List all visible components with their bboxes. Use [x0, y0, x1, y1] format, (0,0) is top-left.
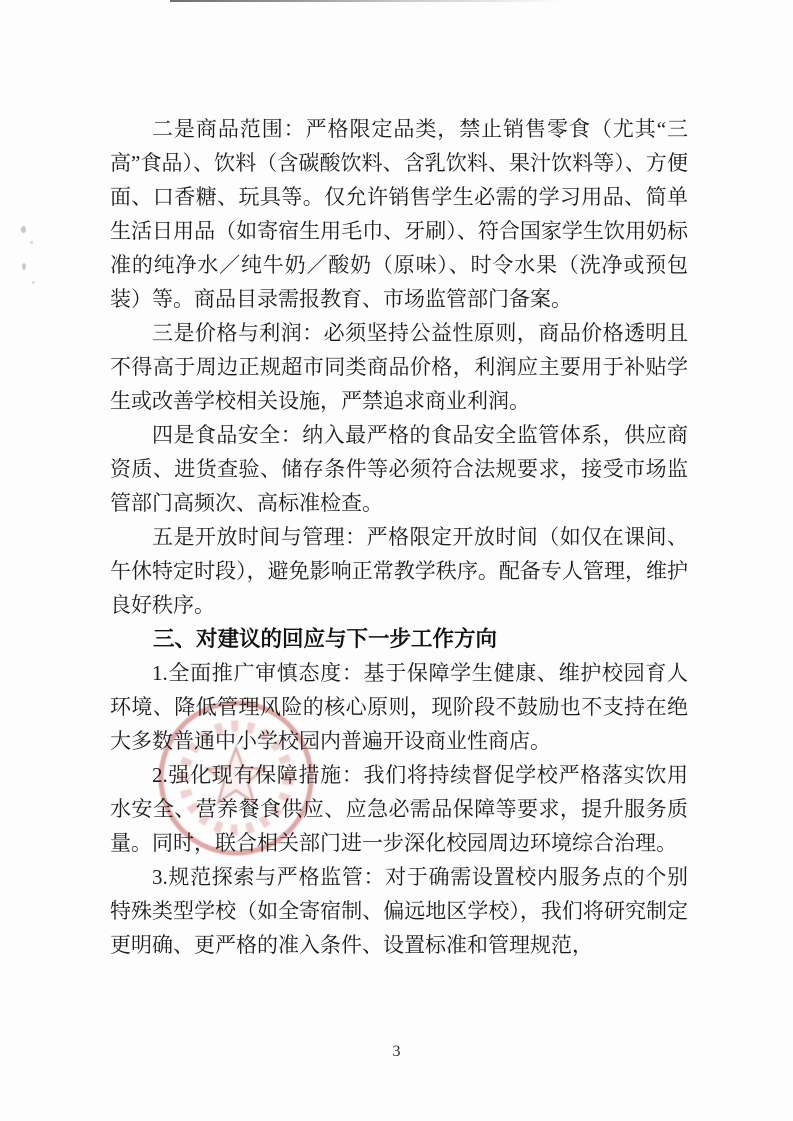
paragraph-response-regulation: 3.规范探索与严格监管：对于确需设置校内服务点的个别特殊类型学校（如全寄宿制、偏… [110, 860, 688, 962]
document-page: 二是商品范围：严格限定品类，禁止销售零食（尤其“三高”食品）、饮料（含碳酸饮料、… [0, 0, 793, 1121]
document-body: 二是商品范围：严格限定品类，禁止销售零食（尤其“三高”食品）、饮料（含碳酸饮料、… [110, 112, 688, 962]
page-number: 3 [0, 1043, 793, 1061]
paragraph-measure-goods-scope: 二是商品范围：严格限定品类，禁止销售零食（尤其“三高”食品）、饮料（含碳酸饮料、… [110, 112, 688, 316]
scan-speck [21, 226, 26, 233]
scan-speck [32, 281, 35, 284]
paragraph-response-attitude: 1.全面推广审慎态度：基于保障学生健康、维护校园育人环境、降低管理风险的核心原则… [110, 656, 688, 758]
paragraph-measure-price-profit: 三是价格与利润：必须坚持公益性原则，商品价格透明且不得高于周边正规超市同类商品价… [110, 316, 688, 418]
section-heading: 三、对建议的回应与下一步工作方向 [110, 622, 688, 656]
scan-speck [30, 241, 33, 244]
scan-artifact-line [170, 0, 562, 2]
paragraph-measure-food-safety: 四是食品安全：纳入最严格的食品安全监管体系，供应商资质、进货查验、储存条件等必须… [110, 418, 688, 520]
paragraph-measure-opening-hours: 五是开放时间与管理：严格限定开放时间（如仅在课间、午休特定时段），避免影响正常教… [110, 520, 688, 622]
scan-speck [22, 263, 26, 270]
paragraph-response-safeguards: 2.强化现有保障措施：我们将持续督促学校严格落实饮用水安全、营养餐食供应、应急必… [110, 758, 688, 860]
